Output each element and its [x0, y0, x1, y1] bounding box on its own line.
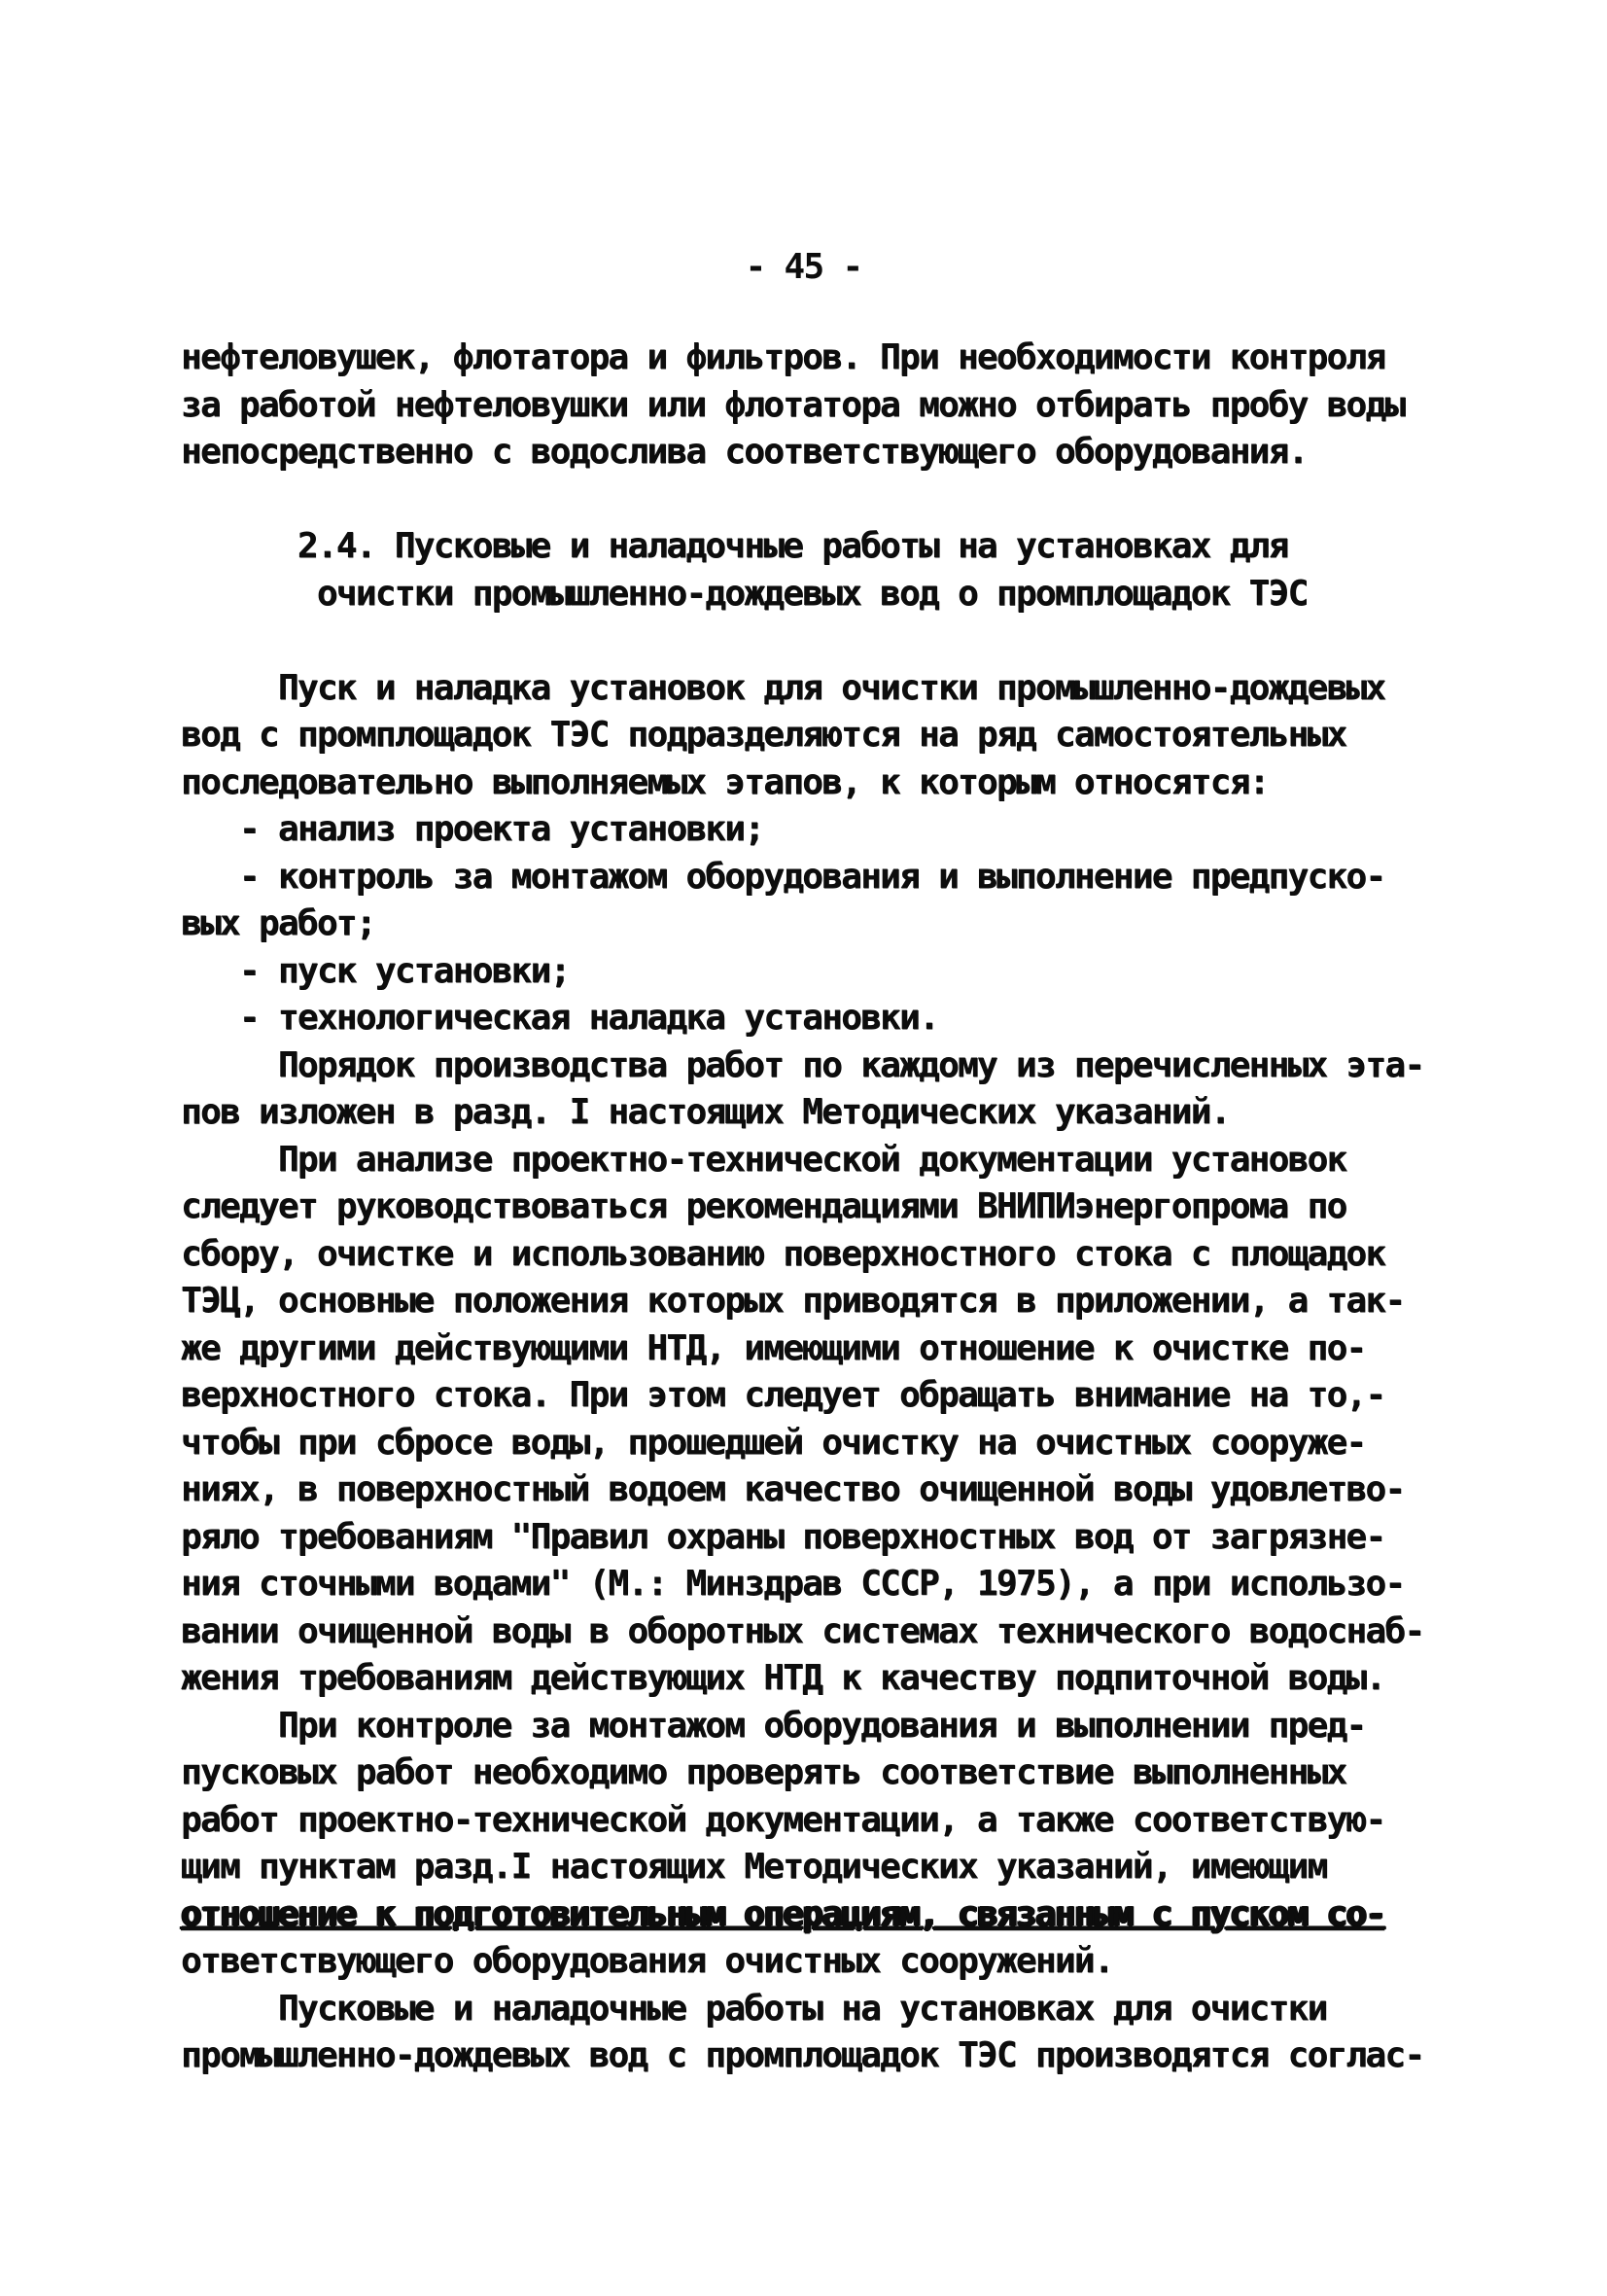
text-line: Порядок производства работ по каждому из…: [181, 1042, 1474, 1090]
text-line: [181, 477, 1474, 524]
text-line: жения требованиям действующих НТД к каче…: [181, 1655, 1474, 1703]
text-line: отношение к подготовительным операциям, …: [181, 1891, 1474, 1939]
text-line: ниях, в поверхностный водоем качество оч…: [181, 1466, 1474, 1514]
text-line: вых работ;: [181, 901, 1474, 948]
text-line: [181, 618, 1474, 665]
text-line: чтобы при сбросе воды, прошедшей очистку…: [181, 1420, 1474, 1467]
text-line: за работой нефтеловушки или флотатора мо…: [181, 382, 1474, 430]
text-line: Пусковые и наладочные работы на установк…: [181, 1986, 1474, 2033]
text-line: следует руководствоваться рекомендациями…: [181, 1183, 1474, 1231]
text-line: сбору, очистке и использованию поверхнос…: [181, 1231, 1474, 1279]
text-line: - пуск установки;: [181, 948, 1474, 996]
document-text-block: нефтеловушек, флотатора и фильтров. При …: [181, 335, 1474, 2080]
text-line: пусковых работ необходимо проверять соот…: [181, 1749, 1474, 1797]
text-line: же другими действующими НТД, имеющими от…: [181, 1325, 1474, 1373]
text-line: непосредственно с водослива соответствую…: [181, 429, 1474, 477]
text-line: вании очищенной воды в оборотных система…: [181, 1608, 1474, 1656]
text-line: очистки промышленно-дождевых вод о промп…: [181, 571, 1474, 618]
text-line: ответствующего оборудования очистных соо…: [181, 1938, 1474, 1986]
text-line: 2.4. Пусковые и наладочные работы на уст…: [181, 523, 1474, 571]
text-line: промышленно-дождевых вод с промплощадок …: [181, 2032, 1474, 2080]
text-line: работ проектно-технической документации,…: [181, 1797, 1474, 1845]
text-line: нефтеловушек, флотатора и фильтров. При …: [181, 335, 1474, 382]
text-line: - анализ проекта установки;: [181, 806, 1474, 854]
page-number: - 45 -: [0, 247, 1607, 287]
text-line: ряло требованиям "Правил охраны поверхно…: [181, 1514, 1474, 1562]
text-line: верхностного стока. При этом следует обр…: [181, 1372, 1474, 1420]
text-line: последовательно выполняемых этапов, к ко…: [181, 759, 1474, 807]
text-line: щим пунктам разд.I настоящих Методически…: [181, 1844, 1474, 1891]
text-line: - контроль за монтажом оборудования и вы…: [181, 854, 1474, 901]
text-line: При контроле за монтажом оборудования и …: [181, 1703, 1474, 1750]
text-line: вод с промплощадок ТЭС подразделяются на…: [181, 712, 1474, 759]
text-line: Пуск и наладка установок для очистки про…: [181, 665, 1474, 713]
text-line: ния сточными водами" (М.: Минздрав СССР,…: [181, 1561, 1474, 1608]
text-line: пов изложен в разд. I настоящих Методиче…: [181, 1089, 1474, 1137]
text-line: При анализе проектно-технической докумен…: [181, 1137, 1474, 1184]
text-line: ТЭЦ, основные положения которых приводят…: [181, 1278, 1474, 1325]
document-page: - 45 - нефтеловушек, флотатора и фильтро…: [0, 0, 1607, 2296]
text-line: - технологическая наладка установки.: [181, 995, 1474, 1042]
